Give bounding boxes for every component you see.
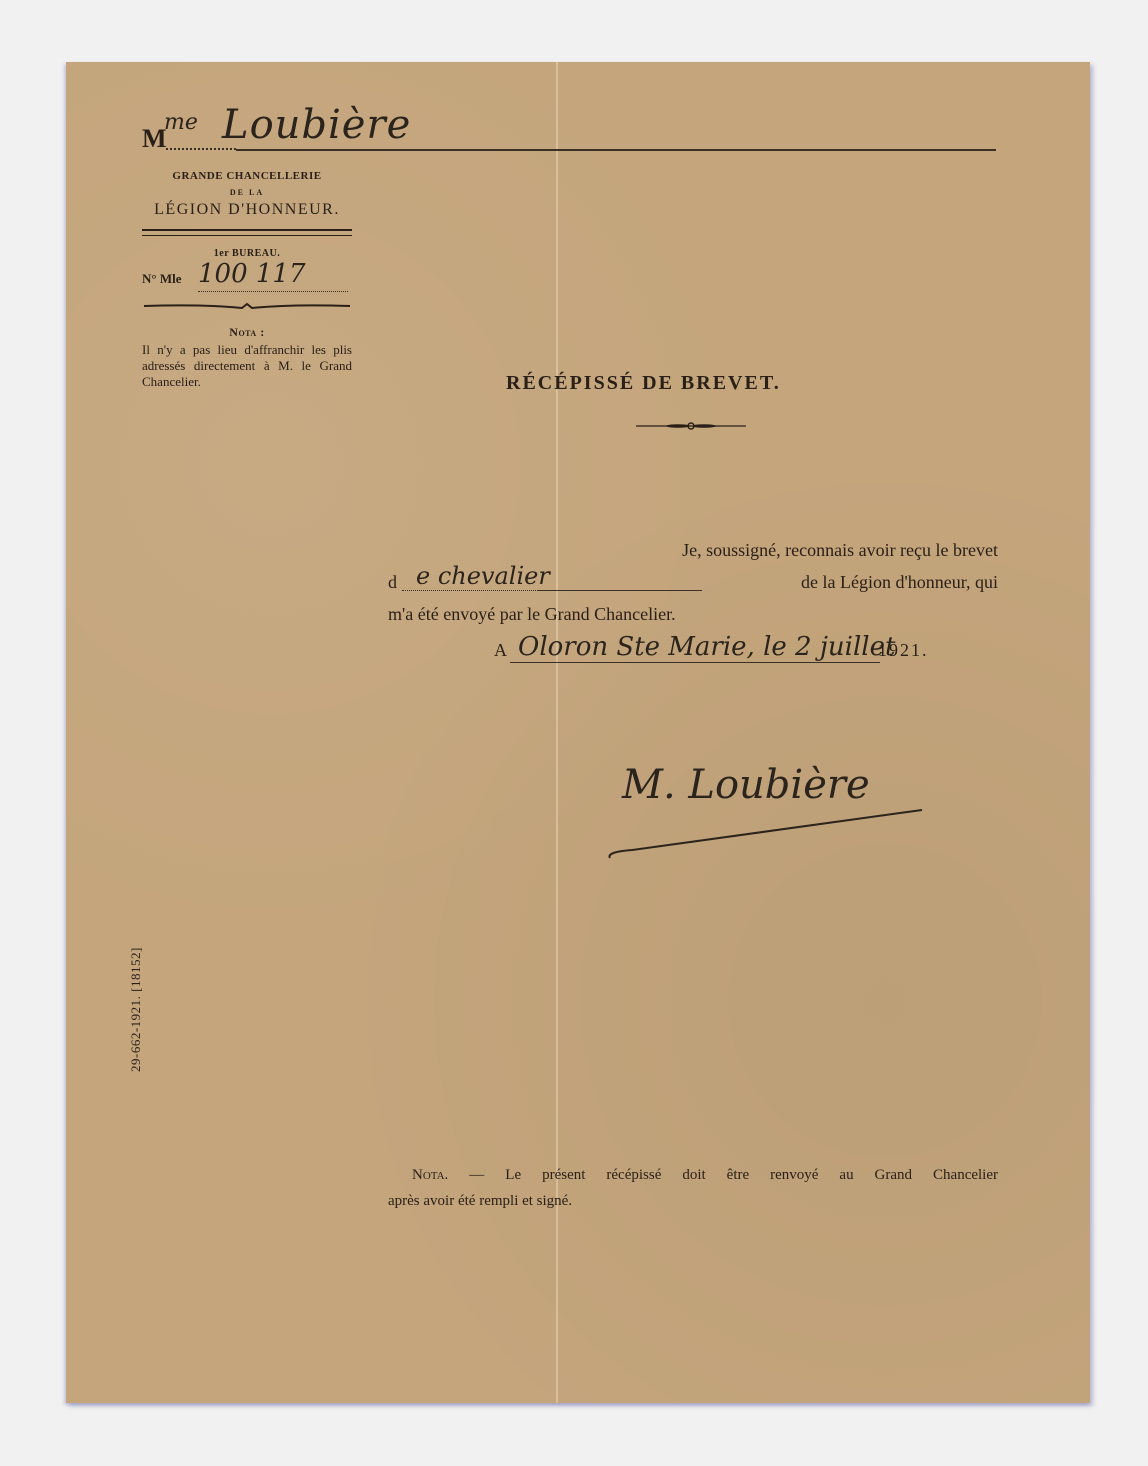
print-reference: 29-662-1921. [18152] [128, 947, 144, 1072]
name-prefix-superscript: me [164, 110, 198, 135]
place-rule [510, 662, 880, 663]
year-value: 1921. [878, 640, 929, 661]
name-prefix: M [142, 124, 166, 154]
signature-flourish-icon [602, 802, 932, 862]
swash-ornament-icon [142, 301, 352, 311]
nota-text: Il n'y a pas lieu d'affranchir les plis … [142, 342, 352, 390]
footer-nota-text: — Le présent récépissé doit être renvoyé… [469, 1167, 998, 1183]
matricule-row: N° Mle 100 117 [142, 261, 352, 291]
name-rule [236, 149, 996, 151]
footer-nota-line2: après avoir été rempli et signé. [388, 1188, 998, 1214]
body-line-3: m'a été envoyé par le Grand Chancelier. [388, 598, 998, 630]
double-rule [142, 229, 352, 236]
footer-nota-line1: Nota. — Le présent récépissé doit être r… [388, 1162, 998, 1188]
place-date-row: A Oloron Ste Marie, le 2 juillet 1921. [494, 632, 974, 672]
grade-value: e chevalier [416, 560, 550, 592]
matricule-number: 100 117 [198, 259, 306, 289]
recipient-name-row: M me Loubière [142, 102, 996, 152]
place-prefix: A [494, 640, 507, 661]
document-page: M me Loubière GRANDE CHANCELLERIE DE LA … [66, 62, 1090, 1403]
bureau-label: 1er BUREAU. [142, 248, 352, 259]
matricule-label: N° Mle [142, 271, 182, 287]
recipient-name: Loubière [222, 102, 411, 148]
footer-nota: Nota. — Le présent récépissé doit être r… [388, 1162, 998, 1214]
grade-prefix: d [388, 566, 397, 598]
signature: M. Loubière [602, 762, 932, 862]
receipt-body: Je, soussigné, reconnais avoir reçu le b… [388, 534, 998, 630]
chancellery-line3: LÉGION D'HONNEUR. [142, 201, 352, 219]
chancellery-block: GRANDE CHANCELLERIE DE LA LÉGION D'HONNE… [142, 170, 352, 390]
grade-rule [538, 590, 702, 591]
footer-nota-label: Nota. [412, 1167, 448, 1183]
chancellery-line1: GRANDE CHANCELLERIE [142, 170, 352, 182]
matricule-dotted-line [198, 291, 348, 292]
body-line-2: d e chevalier de la Légion d'honneur, qu… [388, 566, 998, 598]
nota-title: Nota : [142, 325, 352, 340]
grade-suffix: de la Légion d'honneur, qui [801, 566, 998, 598]
name-dotted-line [166, 148, 236, 150]
chancellery-line2: DE LA [142, 188, 352, 197]
page-title: RÉCÉPISSÉ DE BREVET. [506, 372, 781, 395]
title-ornament-icon [636, 422, 746, 430]
place-date-value: Oloron Ste Marie, le 2 juillet [518, 632, 895, 662]
